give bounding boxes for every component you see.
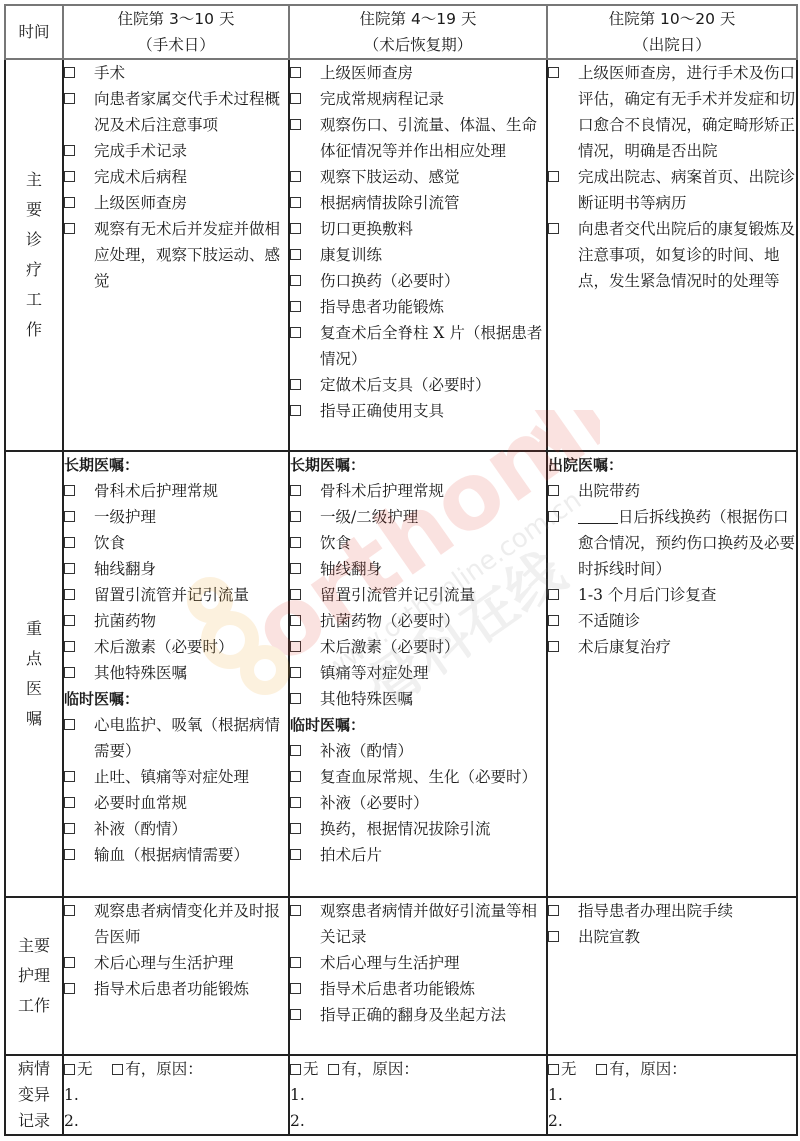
checklist-item: 术后心理与生活护理 [290,950,546,976]
nursing-col2: 观察患者病情并做好引流量等相关记录 术后心理与生活护理 指导术后患者功能锻炼 指… [289,897,547,1055]
checkbox[interactable] [548,905,559,916]
column-header-recovery: 住院第 4～19 天 （术后恢复期） [289,5,547,59]
variance-options: 无 有，原因： [548,1056,796,1082]
item-text: 完成出院志、病案首页、出院诊断证明书等病历 [578,168,795,212]
checkbox[interactable] [548,485,559,496]
checklist-item: 术后康复治疗 [548,634,796,660]
label-line: 主要 [6,931,62,961]
checklist-item: 日后拆线换药（根据伤口愈合情况，预约伤口换药及必要时拆线时间） [548,504,796,582]
item-text: 留置引流管并记引流量 [320,586,475,604]
long-term-orders-title: 长期医嘱： [290,452,546,478]
none-label: 无 [561,1060,577,1078]
nursing-col1: 观察患者病情变化并及时报告医师 术后心理与生活护理 指导术后患者功能锻炼 [63,897,289,1055]
checklist-item: 拍术后片 [290,842,546,868]
item-text: 骨科术后护理常规 [94,482,218,500]
item-text: 伤口换药（必要时） [320,272,460,290]
label-char: 疗 [6,255,62,285]
item-text: 完成术后病程 [94,168,187,186]
nursing-col3: 指导患者办理出院手续 出院宣教 [547,897,797,1055]
item-text: 术后心理与生活护理 [320,954,460,972]
yes-label: 有，原因： [609,1060,687,1078]
checklist-item: 根据病情拔除引流管 [290,190,546,216]
checkbox[interactable] [64,563,75,574]
row-variance: 病情 变异 记录 无 有，原因： 1. 2. 无 有，原因： 1. 2. [5,1055,797,1135]
checklist-item: 其他特殊医嘱 [290,686,546,712]
item-text: 观察下肢运动、感觉 [320,168,460,186]
item-text: 完成手术记录 [94,142,187,160]
checklist-item: 完成常规病程记录 [290,86,546,112]
checklist-item: 指导患者办理出院手续 [548,898,796,924]
checklist-item: 定做术后支具（必要时） [290,372,546,398]
item-text: 轴线翻身 [320,560,382,578]
checklist-item: 其他特殊医嘱 [64,660,288,686]
label-char: 医 [6,674,62,704]
clinical-pathway-table: 时间 住院第 3～10 天 （手术日） 住院第 4～19 天 （术后恢复期） 住… [4,4,798,1136]
checklist-item: 心电监护、吸氧（根据病情需要） [64,712,288,764]
label-line: 变异 [6,1082,62,1108]
checkbox[interactable] [290,405,301,416]
header-row: 时间 住院第 3～10 天 （手术日） 住院第 4～19 天 （术后恢复期） 住… [5,5,797,59]
checklist-item: 出院带药 [548,478,796,504]
item-text: 指导术后患者功能锻炼 [94,980,249,998]
item-text: 指导术后患者功能锻炼 [320,980,475,998]
reason-line-1[interactable]: 1. [548,1082,796,1108]
checkbox[interactable] [290,797,301,808]
item-text: 术后康复治疗 [578,638,671,656]
checkbox[interactable] [64,171,75,182]
item-text: 一级/二级护理 [320,508,418,526]
column-header-phase: （术后恢复期） [290,32,546,58]
variance-yes-checkbox[interactable] [328,1064,339,1075]
checkbox[interactable] [290,693,301,704]
label-char: 诊 [6,225,62,255]
checklist-item: 指导正确的翻身及坐起方法 [290,1002,546,1028]
checkbox[interactable] [290,983,301,994]
checklist-item: 观察有无术后并发症并做相应处理，观察下肢运动、感觉 [64,216,288,294]
temporary-orders-title: 临时医嘱： [64,686,288,712]
variance-none-checkbox[interactable] [548,1064,559,1075]
checklist-item: 观察下肢运动、感觉 [290,164,546,190]
item-text: 向患者家属交代手术过程概况及术后注意事项 [94,90,280,134]
checkbox[interactable] [548,615,559,626]
item-text: 不适随诊 [578,612,640,630]
orders-col2: 长期医嘱： 骨科术后护理常规 一级/二级护理 饮食 轴线翻身 留置引流管并记引流… [289,451,547,897]
checklist-item: 上级医师查房 [290,60,546,86]
diagnosis-col2: 上级医师查房 完成常规病程记录 观察伤口、引流量、体温、生命体征情况等并作出相应… [289,59,547,451]
checkbox[interactable] [290,67,301,78]
checkbox[interactable] [290,745,301,756]
item-text: 止吐、镇痛等对症处理 [94,768,249,786]
checklist-item: 必要时血常规 [64,790,288,816]
time-label: 时间 [18,23,49,41]
column-header-phase: （手术日） [64,32,288,58]
checklist-item: 康复训练 [290,242,546,268]
checkbox[interactable] [64,615,75,626]
label-line: 记录 [6,1108,62,1134]
yes-label: 有，原因： [341,1060,419,1078]
item-text: 指导正确使用支具 [320,402,444,420]
item-text: 指导正确的翻身及坐起方法 [320,1006,506,1024]
checkbox[interactable] [290,537,301,548]
checkbox[interactable] [290,957,301,968]
row-diagnosis-treatment: 主 要 诊 疗 工 作 手术 向患者家属交代手术过程概况及术后注意事项 完成手术… [5,59,797,451]
label-char: 要 [6,195,62,225]
checklist-item: 饮食 [290,530,546,556]
checkbox[interactable] [64,641,75,652]
checklist-item: 一级护理 [64,504,288,530]
temporary-orders-title: 临时医嘱： [290,712,546,738]
item-text: 观察伤口、引流量、体温、生命体征情况等并作出相应处理 [320,116,537,160]
checklist-item: 止吐、镇痛等对症处理 [64,764,288,790]
item-text: 切口更换敷料 [320,220,413,238]
discharge-orders-title: 出院医嘱： [548,452,796,478]
item-text: 观察患者病情变化并及时报告医师 [94,902,280,946]
item-text: 其他特殊医嘱 [94,664,187,682]
checkbox[interactable] [64,667,75,678]
item-text: 复查术后全脊柱 X 片（根据患者情况） [320,324,542,368]
item-text: 向患者交代出院后的康复锻炼及注意事项，如复诊的时间、地点，发生紧急情况时的处理等 [578,220,795,290]
checklist-item: 完成出院志、病案首页、出院诊断证明书等病历 [548,164,796,216]
checkbox[interactable] [64,223,75,234]
label-char: 作 [6,315,62,345]
row-label-nursing: 主要 护理 工作 [5,897,63,1055]
row-label-variance: 病情 变异 记录 [5,1055,63,1135]
label-line: 护理 [6,961,62,991]
reason-line-1[interactable]: 1. [64,1082,288,1108]
checklist-item: 补液（酌情） [64,816,288,842]
item-text: 根据病情拔除引流管 [320,194,460,212]
item-text: 饮食 [320,534,351,552]
checkbox[interactable] [290,771,301,782]
checkbox[interactable] [290,197,301,208]
variance-col3: 无 有，原因： 1. 2. [547,1055,797,1135]
label-char: 点 [6,644,62,674]
reason-line-1[interactable]: 1. [290,1082,546,1108]
column-header-days: 住院第 4～19 天 [290,6,546,32]
checkbox[interactable] [290,171,301,182]
label-char: 主 [6,165,62,195]
checklist-item: 骨科术后护理常规 [64,478,288,504]
item-text: 出院宣教 [578,928,640,946]
reason-line-2[interactable]: 2. [548,1108,796,1134]
checkbox[interactable] [64,983,75,994]
checklist-item: 指导正确使用支具 [290,398,546,424]
variance-none-checkbox[interactable] [290,1064,301,1075]
checklist-item: 饮食 [64,530,288,556]
item-text: 复查血尿常规、生化（必要时） [320,768,537,786]
item-text: 轴线翻身 [94,560,156,578]
checkbox[interactable] [290,119,301,130]
diagnosis-col3: 上级医师查房，进行手术及伤口评估，确定有无手术并发症和切口愈合不良情况，确定畸形… [547,59,797,451]
row-nursing: 主要 护理 工作 观察患者病情变化并及时报告医师 术后心理与生活护理 指导术后患… [5,897,797,1055]
checklist-item: 补液（必要时） [290,790,546,816]
long-term-orders-title: 长期医嘱： [64,452,288,478]
item-text: 术后激素（必要时） [320,638,460,656]
checkbox[interactable] [64,797,75,808]
checkbox[interactable] [64,589,75,600]
item-text: 抗菌药物（必要时） [320,612,460,630]
checkbox[interactable] [548,223,559,234]
checklist-item: 抗菌药物 [64,608,288,634]
checklist-item: 出院宣教 [548,924,796,950]
checkbox[interactable] [64,537,75,548]
item-text: 输血（根据病情需要） [94,846,249,864]
item-text: 饮食 [94,534,125,552]
checkbox[interactable] [64,485,75,496]
column-header-days: 住院第 3～10 天 [64,6,288,32]
checkbox[interactable] [64,93,75,104]
item-text: 定做术后支具（必要时） [320,376,491,394]
checklist-item: 观察患者病情变化并及时报告医师 [64,898,288,950]
reason-line-2[interactable]: 2. [64,1108,288,1134]
checkbox[interactable] [290,849,301,860]
checkbox[interactable] [290,275,301,286]
item-text: 心电监护、吸氧（根据病情需要） [94,716,280,760]
variance-col1: 无 有，原因： 1. 2. [63,1055,289,1135]
checklist-item: 轴线翻身 [64,556,288,582]
item-text: 完成常规病程记录 [320,90,444,108]
orders-col1: 长期医嘱： 骨科术后护理常规 一级护理 饮食 轴线翻身 留置引流管并记引流量 抗… [63,451,289,897]
label-char: 嘱 [6,704,62,734]
time-header: 时间 [5,5,63,59]
checkbox[interactable] [64,905,75,916]
item-text: 术后心理与生活护理 [94,954,234,972]
checklist-item: 伤口换药（必要时） [290,268,546,294]
variance-yes-checkbox[interactable] [596,1064,607,1075]
checkbox[interactable] [548,511,559,522]
checklist-item: 1-3 个月后门诊复查 [548,582,796,608]
variance-options: 无 有，原因： [290,1056,546,1082]
column-header-discharge: 住院第 10～20 天 （出院日） [547,5,797,59]
checkbox[interactable] [290,589,301,600]
checkbox[interactable] [290,249,301,260]
checklist-item: 骨科术后护理常规 [290,478,546,504]
checklist-item: 复查血尿常规、生化（必要时） [290,764,546,790]
checklist-item: 向患者家属交代手术过程概况及术后注意事项 [64,86,288,138]
checkbox[interactable] [64,823,75,834]
variance-yes-checkbox[interactable] [112,1064,123,1075]
checkbox[interactable] [290,301,301,312]
label-line: 病情 [6,1056,62,1082]
checklist-item: 术后激素（必要时） [64,634,288,660]
checklist-item: 术后激素（必要时） [290,634,546,660]
item-text: 指导患者办理出院手续 [578,902,733,920]
checklist-item: 换药，根据情况拔除引流 [290,816,546,842]
item-text: 指导患者功能锻炼 [320,298,444,316]
label-line: 工作 [6,991,62,1021]
checkbox[interactable] [290,641,301,652]
checklist-item: 指导术后患者功能锻炼 [64,976,288,1002]
item-text: 上级医师查房，进行手术及伤口评估，确定有无手术并发症和切口愈合不良情况，确定畸形… [578,64,795,160]
item-text: 观察有无术后并发症并做相应处理，观察下肢运动、感觉 [94,220,280,290]
checkbox[interactable] [64,719,75,730]
checkbox[interactable] [290,667,301,678]
checklist-item: 完成术后病程 [64,164,288,190]
item-text: 出院带药 [578,482,640,500]
checklist-item: 抗菌药物（必要时） [290,608,546,634]
checklist-item: 留置引流管并记引流量 [290,582,546,608]
item-text: 手术 [94,64,125,82]
checklist-item: 补液（酌情） [290,738,546,764]
checkbox[interactable] [64,849,75,860]
item-text: 换药，根据情况拔除引流 [320,820,491,838]
checkbox[interactable] [64,67,75,78]
row-label-diagnosis: 主 要 诊 疗 工 作 [5,59,63,451]
checklist-item: 上级医师查房 [64,190,288,216]
checklist-item: 输血（根据病情需要） [64,842,288,868]
checkbox[interactable] [290,379,301,390]
item-text: 观察患者病情并做好引流量等相关记录 [320,902,537,946]
item-text: 骨科术后护理常规 [320,482,444,500]
checkbox[interactable] [64,145,75,156]
label-char: 工 [6,285,62,315]
item-text: 1-3 个月后门诊复查 [578,586,716,604]
checkbox[interactable] [548,67,559,78]
checklist-item: 一级/二级护理 [290,504,546,530]
diagnosis-col1: 手术 向患者家属交代手术过程概况及术后注意事项 完成手术记录 完成术后病程 上级… [63,59,289,451]
checklist-item: 指导术后患者功能锻炼 [290,976,546,1002]
checklist-item: 术后心理与生活护理 [64,950,288,976]
checkbox[interactable] [64,197,75,208]
orders-col3: 出院医嘱： 出院带药 日后拆线换药（根据伤口愈合情况，预约伤口换药及必要时拆线时… [547,451,797,897]
checkbox[interactable] [290,223,301,234]
checkbox[interactable] [290,485,301,496]
checklist-item: 观察患者病情并做好引流量等相关记录 [290,898,546,950]
checkbox[interactable] [290,563,301,574]
checklist-item: 手术 [64,60,288,86]
variance-options: 无 有，原因： [64,1056,288,1082]
item-text: 补液（必要时） [320,794,429,812]
checklist-item: 上级医师查房，进行手术及伤口评估，确定有无手术并发症和切口愈合不良情况，确定畸形… [548,60,796,164]
checkbox[interactable] [290,905,301,916]
checklist-item: 不适随诊 [548,608,796,634]
item-text: 镇痛等对症处理 [320,664,429,682]
item-text: 补液（酌情） [94,820,187,838]
item-text: 术后激素（必要时） [94,638,234,656]
checklist-item: 观察伤口、引流量、体温、生命体征情况等并作出相应处理 [290,112,546,164]
checkbox[interactable] [64,957,75,968]
checklist-item: 复查术后全脊柱 X 片（根据患者情况） [290,320,546,372]
checklist-item: 指导患者功能锻炼 [290,294,546,320]
checklist-item: 镇痛等对症处理 [290,660,546,686]
checklist-item: 完成手术记录 [64,138,288,164]
checkbox[interactable] [290,1009,301,1020]
item-text: 抗菌药物 [94,612,156,630]
item-text: 康复训练 [320,246,382,264]
days-blank-field[interactable] [578,509,618,524]
checkbox[interactable] [548,589,559,600]
item-text: 其他特殊医嘱 [320,690,413,708]
checklist-item: 向患者交代出院后的康复锻炼及注意事项，如复诊的时间、地点，发生紧急情况时的处理等 [548,216,796,294]
checkbox[interactable] [290,823,301,834]
row-key-orders: 重 点 医 嘱 长期医嘱： 骨科术后护理常规 一级护理 饮食 轴线翻身 留置引流… [5,451,797,897]
item-text: 拍术后片 [320,846,382,864]
item-text: 补液（酌情） [320,742,413,760]
checkbox[interactable] [290,93,301,104]
checkbox[interactable] [548,931,559,942]
none-label: 无 [77,1060,93,1078]
item-text: 上级医师查房 [94,194,187,212]
item-text: 一级护理 [94,508,156,526]
checkbox[interactable] [290,615,301,626]
column-header-phase: （出院日） [548,32,796,58]
variance-none-checkbox[interactable] [64,1064,75,1075]
checklist-item: 留置引流管并记引流量 [64,582,288,608]
none-label: 无 [303,1060,319,1078]
checklist-item: 轴线翻身 [290,556,546,582]
checklist-item: 切口更换敷料 [290,216,546,242]
yes-label: 有，原因： [125,1060,203,1078]
label-char: 重 [6,614,62,644]
checkbox[interactable] [290,327,301,338]
item-text: 留置引流管并记引流量 [94,586,249,604]
column-header-days: 住院第 10～20 天 [548,6,796,32]
row-label-orders: 重 点 医 嘱 [5,451,63,897]
checkbox[interactable] [64,771,75,782]
column-header-surgery-day: 住院第 3～10 天 （手术日） [63,5,289,59]
checkbox[interactable] [548,641,559,652]
variance-col2: 无 有，原因： 1. 2. [289,1055,547,1135]
checkbox[interactable] [290,511,301,522]
item-text: 必要时血常规 [94,794,187,812]
checkbox[interactable] [64,511,75,522]
checkbox[interactable] [548,171,559,182]
reason-line-2[interactable]: 2. [290,1108,546,1134]
item-text: 上级医师查房 [320,64,413,82]
